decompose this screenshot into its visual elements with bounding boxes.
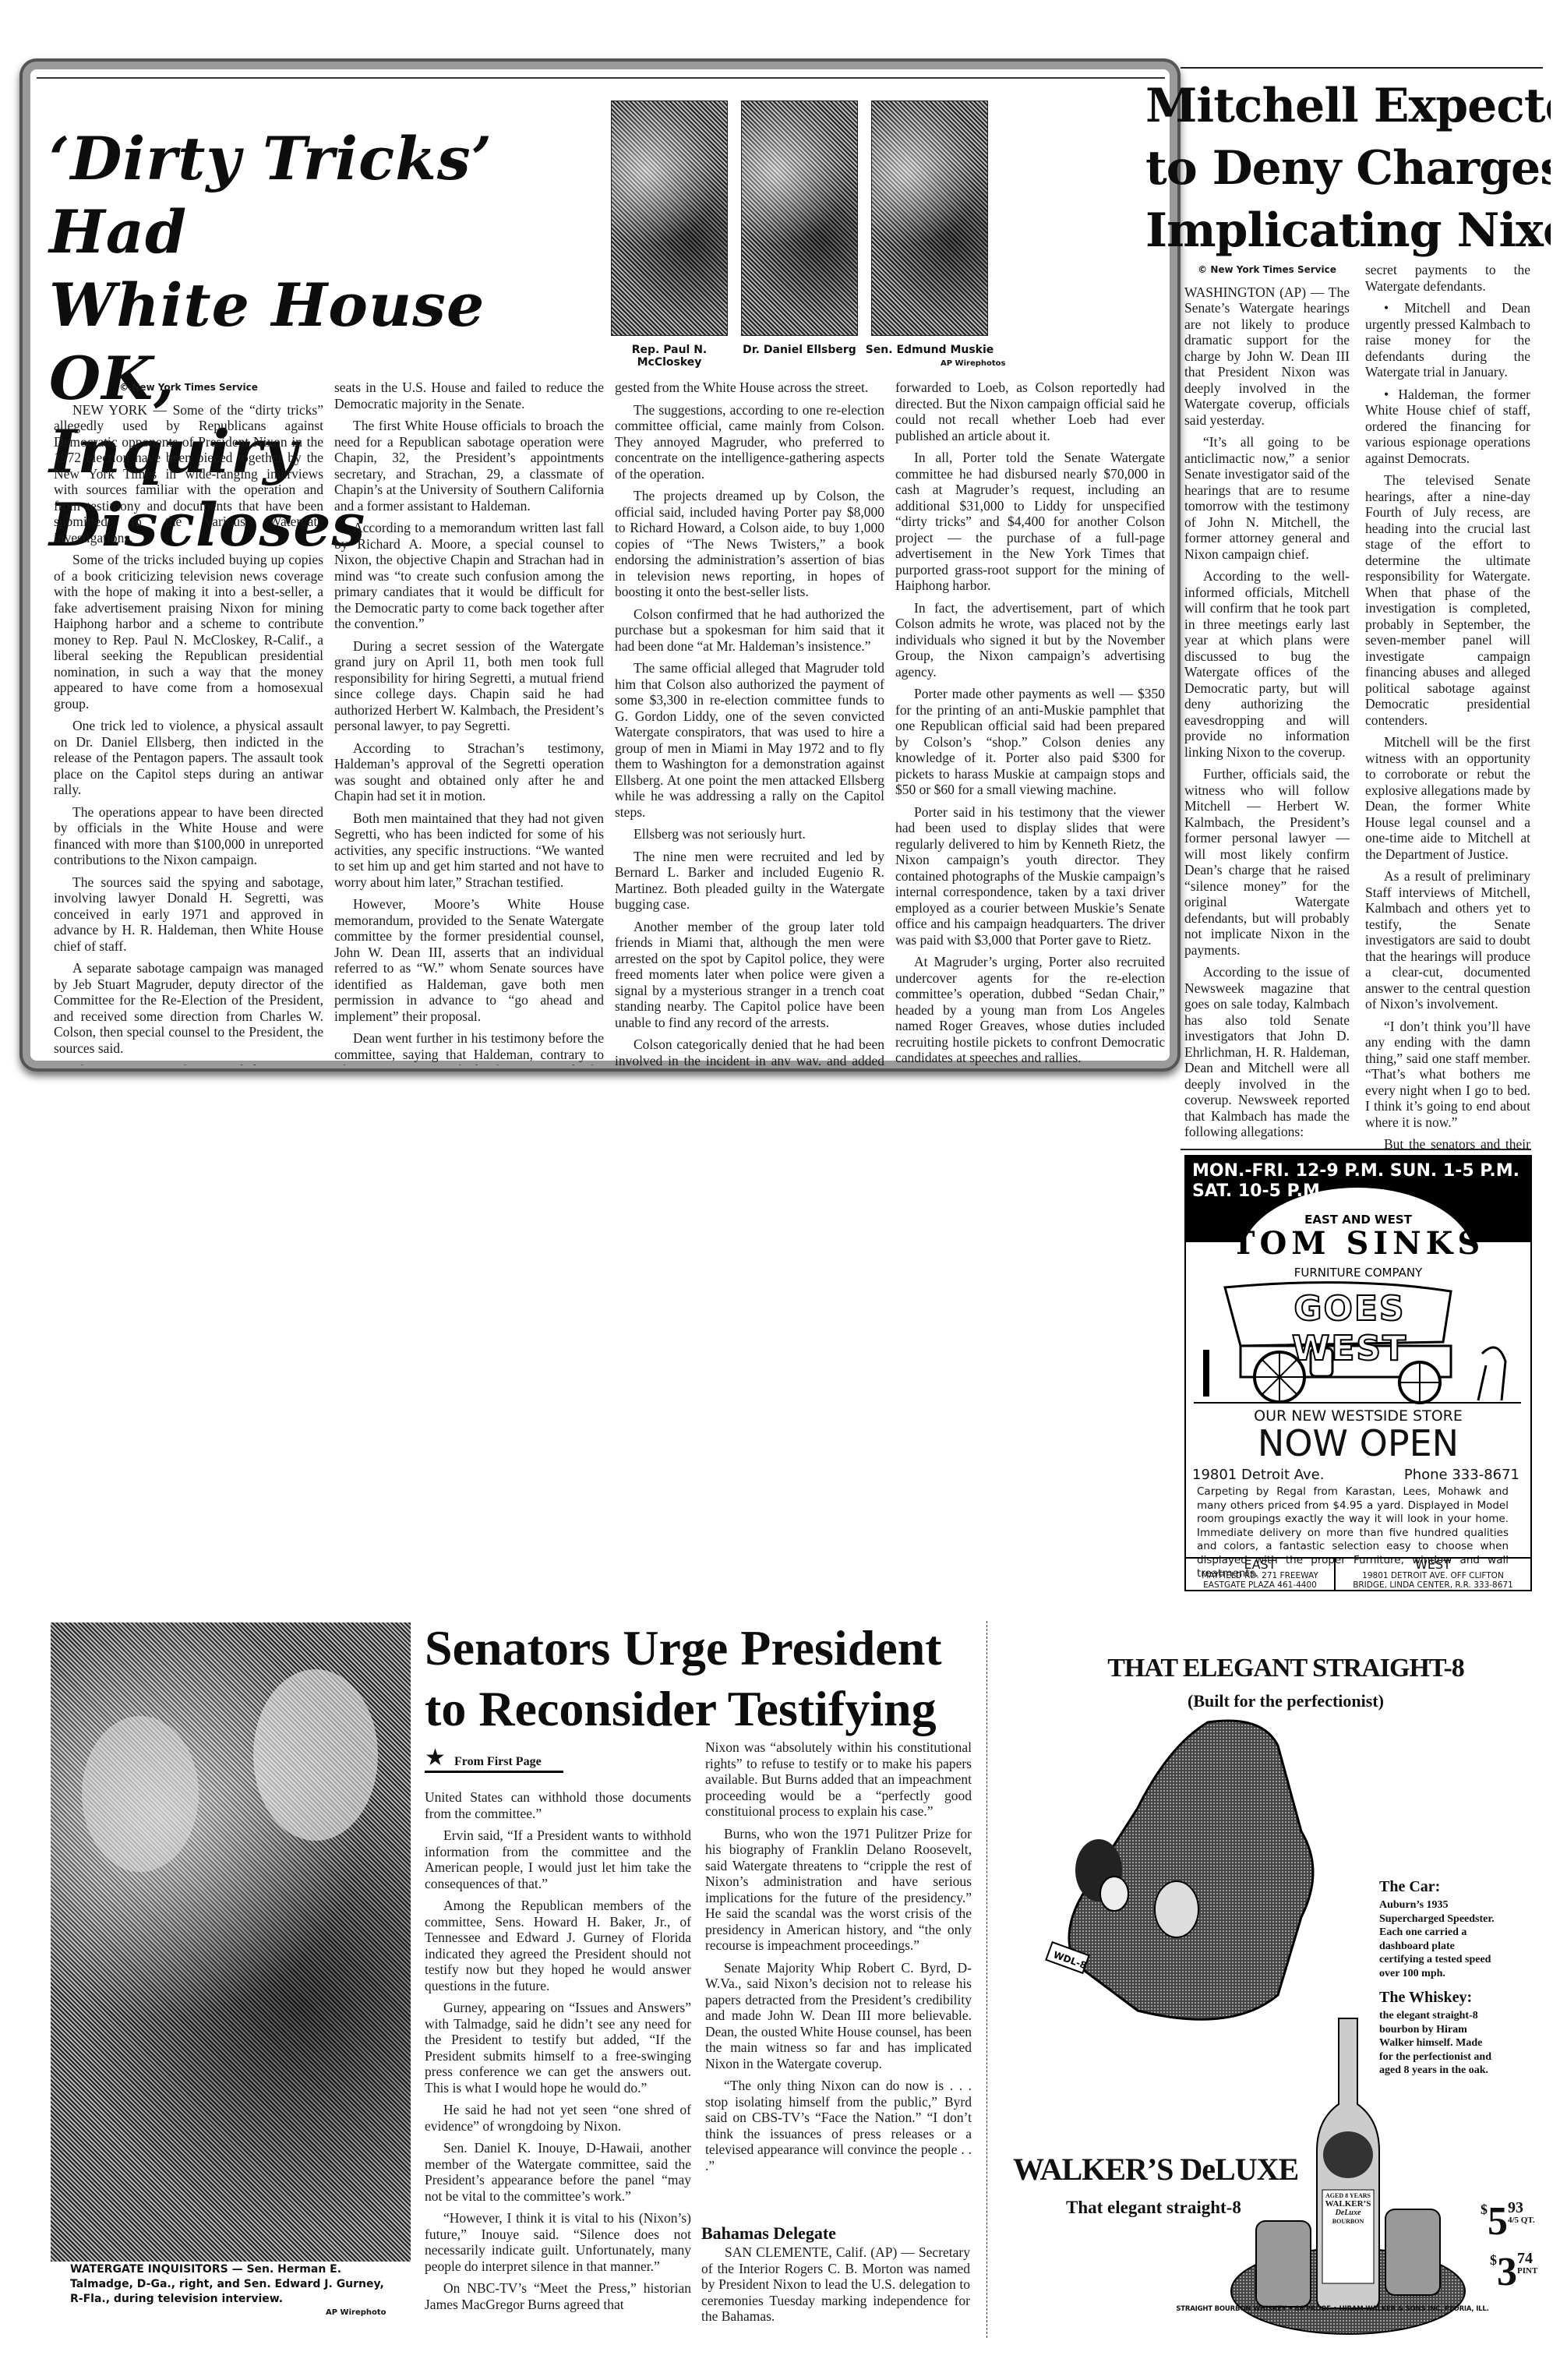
paragraph: “The only thing Nixon can do now is . . … <box>705 2078 972 2173</box>
paragraph: At Magruder’s urging, Porter also recrui… <box>895 954 1165 1065</box>
paragraph: During a secret session of the Watergate… <box>334 638 604 734</box>
photo-credit: AP Wirephotos <box>941 359 1005 368</box>
headline-line: ‘Dirty Tricks’ Had <box>49 122 595 269</box>
paragraph: The Times inquiry has provided an accoun… <box>54 1062 323 1065</box>
top-rule <box>37 77 1165 79</box>
paragraph: The projects dreamed up by Colson, the o… <box>615 488 884 600</box>
paragraph: One trick led to violence, a physical as… <box>54 718 323 798</box>
bottle-label-line: DeLuxe <box>1322 2209 1374 2217</box>
mitchell-headline: Mitchell Expected to Deny Charges Implic… <box>1145 75 1551 262</box>
bahamas-sidebar: Bahamas Delegate SAN CLEMENTE, Calif. (A… <box>701 2223 970 2325</box>
paragraph: In all, Porter told the Senate Watergate… <box>895 450 1165 594</box>
bottle-label-line: BOURBON <box>1322 2217 1374 2226</box>
paragraph: Among the Republican members of the comm… <box>425 1898 691 1993</box>
walkers-deluxe-ad: THAT ELEGANT STRAIGHT-8 (Built for the p… <box>1013 1621 1558 2369</box>
price-whole: 3 <box>1497 2250 1517 2294</box>
senators-headline: Senators Urge President to Reconsider Te… <box>425 1618 1017 1739</box>
paragraph: Nixon was “absolutely within his constit… <box>705 1739 972 1820</box>
headline-line: Mitchell Expected <box>1145 75 1551 137</box>
price-cents: 74 <box>1517 2252 1537 2265</box>
bottle-label-line: WALKER’S <box>1322 2200 1374 2209</box>
paragraph: Colson categorically denied that he had … <box>615 1036 884 1065</box>
price-symbol: $ <box>1490 2252 1497 2268</box>
headline-line: to Reconsider Testifying <box>425 1679 1017 1739</box>
location-line: EASTGATE PLAZA 461-4400 <box>1186 1580 1334 1590</box>
fine-print: STRAIGHT BOURBON WHISKEY • 86 PROOF • HI… <box>1153 2305 1512 2313</box>
paragraph: United States can withhold those documen… <box>425 1789 691 1821</box>
photo-caption: Sen. Edmund Muskie <box>859 344 1000 356</box>
wagon-banner: GOES WEST <box>1233 1289 1466 1368</box>
paragraph: NEW YORK — Some of the “dirty tricks” al… <box>54 402 323 546</box>
paragraph: On NBC-TV’s “Meet the Press,” historian … <box>425 2280 691 2312</box>
paragraph: • Mitchell and Dean urgently pressed Kal… <box>1365 300 1530 380</box>
location-line: MAYFIELD RD. 271 FREEWAY <box>1186 1571 1334 1580</box>
paragraph: According to Strachan’s testimony, Halde… <box>334 740 604 804</box>
headline-line: Implicating Nixon <box>1145 200 1551 262</box>
company-name: FURNITURE COMPANY <box>1186 1266 1530 1280</box>
location-west: WEST 19801 DETROIT AVE. OFF CLIFTON BRID… <box>1336 1559 1530 1591</box>
byline: © New York Times Service <box>1184 262 1350 278</box>
photo-credit: AP Wirephoto <box>326 2308 386 2317</box>
article-column-2: seats in the U.S. House and failed to re… <box>334 380 604 1065</box>
price-quart: $5 93 4/5 QT. <box>1481 2202 1535 2242</box>
paragraph: Porter made other payments as well — $35… <box>895 686 1165 798</box>
store-phone: Phone 333-8671 <box>1404 1467 1519 1483</box>
paragraph: • Haldeman, the former White House chief… <box>1365 387 1530 467</box>
paragraph: Ervin said, “If a President wants to wit… <box>425 1827 691 1891</box>
senators-column-1: United States can withhold those documen… <box>425 1789 691 2374</box>
car-heading: The Car: <box>1379 1878 1535 1896</box>
paragraph: However, Moore’s White House memorandum,… <box>334 896 604 1024</box>
paragraph: Mitchell will be the first witness with … <box>1365 734 1530 862</box>
mitchell-column-1: © New York Times Service WASHINGTON (AP)… <box>1184 262 1350 1150</box>
paragraph: The televised Senate hearings, after a n… <box>1365 472 1530 728</box>
column-divider <box>986 1621 987 2338</box>
mitchell-top-rule <box>1181 67 1543 69</box>
paragraph: gested from the White House across the s… <box>615 380 884 396</box>
mitchell-bottom-rule <box>1181 1149 1531 1150</box>
paragraph: Gurney, appearing on “Issues and Answers… <box>425 2000 691 2096</box>
paragraph: Senate Majority Whip Robert C. Byrd, D-W… <box>705 1960 972 2072</box>
paragraph: Dean went further in his testimony befor… <box>334 1030 604 1065</box>
paragraph: seats in the U.S. House and failed to re… <box>334 380 604 411</box>
ad-panel: TOM SINKS FURNITURE COMPANY GOES WEST OU… <box>1186 1242 1530 1590</box>
price-pint: $3 74 PINT <box>1490 2252 1537 2293</box>
byline: © New York Times Service <box>54 380 323 396</box>
bottle-label: AGED 8 YEARS WALKER’S DeLuxe BOURBON <box>1322 2191 1374 2226</box>
paragraph: “I don’t think you’ll have any ending wi… <box>1365 1019 1530 1131</box>
paragraph: Colson confirmed that he had authorized … <box>615 606 884 655</box>
article-column-1: © New York Times Service NEW YORK — Some… <box>54 380 323 1065</box>
location-line: BRIDGE, LINDA CENTER, R.R. 333-8671 <box>1336 1580 1530 1590</box>
headline-line: Senators Urge President <box>425 1618 1017 1679</box>
location-label: WEST <box>1336 1559 1530 1571</box>
photo-watergate-inquisitors <box>51 1623 411 2262</box>
paragraph: A separate sabotage campaign was managed… <box>54 960 323 1056</box>
sidebar-body: SAN CLEMENTE, Calif. (AP) — Secretary of… <box>701 2244 970 2325</box>
store-locations: EAST MAYFIELD RD. 271 FREEWAY EASTGATE P… <box>1186 1557 1530 1591</box>
brand-name: TOM SINKS <box>1186 1225 1530 1262</box>
jump-label: From First Page <box>454 1755 542 1768</box>
dirty-tricks-article: ‘Dirty Tricks’ Had White House OK, Inqui… <box>37 77 1163 1054</box>
photo-muskie <box>871 101 988 336</box>
jump-line: ★ From First Page <box>425 1747 563 1773</box>
photo-ellsberg <box>741 101 858 336</box>
paragraph: Porter said in his testimony that the vi… <box>895 804 1165 948</box>
car-text: Auburn’s 1935 Supercharged Speedster. Ea… <box>1379 1898 1496 1980</box>
paragraph: forwarded to Loeb, as Colson reportedly … <box>895 380 1165 443</box>
paragraph: Ellsberg was not seriously hurt. <box>615 826 884 842</box>
ad-headline: THAT ELEGANT STRAIGHT-8 <box>1013 1654 1558 1683</box>
paragraph: “It’s all going to be anticlimactic now,… <box>1184 434 1350 562</box>
vintage-car-icon: WDL-8 <box>1044 1714 1387 2042</box>
paragraph: The same official alleged that Magruder … <box>615 660 884 820</box>
photo-face-right <box>253 1669 378 1841</box>
paragraph: He said he had not yet seen “one shred o… <box>425 2102 691 2134</box>
hours-sunday: SUN. 1-5 P.M. <box>1390 1161 1519 1181</box>
paragraph: The nine men were recruited and led by B… <box>615 849 884 913</box>
paragraph: Another member of the group later told f… <box>615 919 884 1031</box>
paragraph: The sources said the spying and sabotage… <box>54 874 323 955</box>
paragraph: Both men maintained that they had not gi… <box>334 810 604 891</box>
hours-line: MON.-FRI. 12-9 P.M. <box>1192 1161 1384 1181</box>
paragraph: According to the issue of Newsweek magaz… <box>1184 964 1350 1140</box>
article-column-4: forwarded to Loeb, as Colson reportedly … <box>895 380 1165 1065</box>
paragraph: Sen. Daniel K. Inouye, D-Hawaii, another… <box>425 2140 691 2204</box>
location-east: EAST MAYFIELD RD. 271 FREEWAY EASTGATE P… <box>1186 1559 1336 1591</box>
paragraph: The first White House officials to broac… <box>334 418 604 514</box>
senators-column-2: Nixon was “absolutely within his constit… <box>705 1739 972 2207</box>
photo-face-left <box>82 1716 199 1872</box>
price-cents: 93 <box>1508 2202 1535 2214</box>
paragraph: secret payments to the Watergate defenda… <box>1365 262 1530 294</box>
paragraph: Some of the tricks included buying up co… <box>54 552 323 712</box>
paragraph: According to the well-informed officials… <box>1184 568 1350 760</box>
store-address: 19801 Detroit Ave. <box>1192 1467 1324 1483</box>
paragraph: According to a memorandum written last f… <box>334 520 604 632</box>
paragraph: Further, officials said, the witness who… <box>1184 766 1350 958</box>
tom-sinks-ad: MON.-FRI. 12-9 P.M. SAT. 10-5 P.M. SUN. … <box>1184 1155 1532 1591</box>
sidebar-heading: Bahamas Delegate <box>701 2223 970 2244</box>
photo-caption: Dr. Daniel Ellsberg <box>729 344 870 356</box>
photo-caption: Rep. Paul N. McCloskey <box>599 344 739 369</box>
whiskey-heading: The Whiskey: <box>1379 1989 1535 2007</box>
price-unit: PINT <box>1517 2265 1537 2277</box>
bourbon-bottle-icon <box>1223 2011 1473 2338</box>
headline-line: to Deny Charges <box>1145 137 1551 200</box>
paragraph: “However, I think it is vital to his (Ni… <box>425 2210 691 2274</box>
paragraph: The operations appear to have been direc… <box>54 804 323 868</box>
paragraph: The suggestions, according to one re-ele… <box>615 402 884 482</box>
price-whole: 5 <box>1488 2199 1508 2244</box>
paragraph: WASHINGTON (AP) — The Senate’s Watergate… <box>1184 284 1350 429</box>
mitchell-column-2: secret payments to the Watergate defenda… <box>1365 262 1530 1150</box>
ad-headline: NOW OPEN <box>1186 1423 1530 1464</box>
paragraph: In fact, the advertisement, part of whic… <box>895 600 1165 680</box>
ad-subhead: (Built for the perfectionist) <box>1013 1691 1558 1711</box>
paragraph: Burns, who won the 1971 Pulitzer Prize f… <box>705 1826 972 1954</box>
location-line: 19801 DETROIT AVE. OFF CLIFTON <box>1336 1571 1530 1580</box>
location-label: EAST <box>1186 1559 1334 1571</box>
star-icon: ★ <box>425 1744 446 1771</box>
paragraph: As a result of preliminary Staff intervi… <box>1365 868 1530 1012</box>
article-column-3: gested from the White House across the s… <box>615 380 884 1065</box>
photo-mccloskey <box>611 101 728 336</box>
brand-tagline: That elegant straight-8 <box>1066 2198 1241 2218</box>
price-symbol: $ <box>1481 2202 1488 2217</box>
photo-caption: WATERGATE INQUISITORS — Sen. Herman E. T… <box>70 2262 397 2307</box>
price-unit: 4/5 QT. <box>1508 2214 1535 2226</box>
highlighted-article-frame: ‘Dirty Tricks’ Had White House OK, Inqui… <box>19 58 1181 1072</box>
